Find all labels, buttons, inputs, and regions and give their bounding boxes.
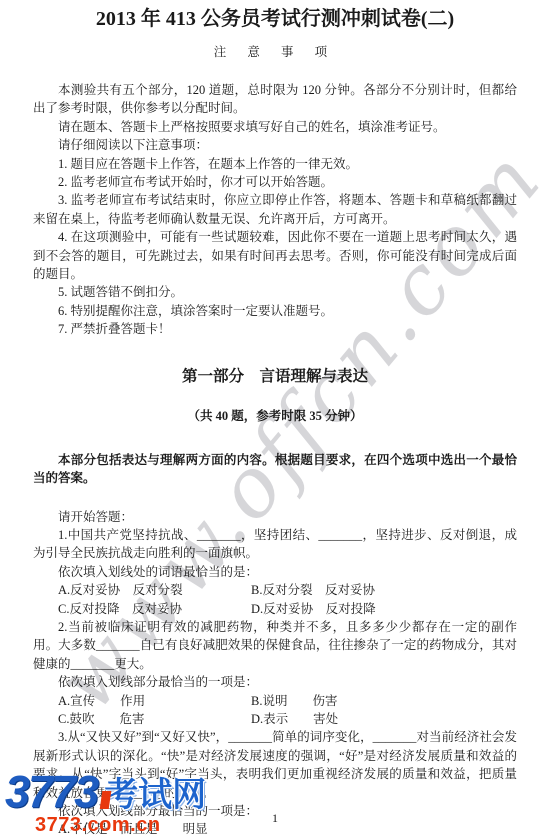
question-2-options-row: C.鼓吹 危害 D.表示 害处 bbox=[58, 710, 517, 728]
question-1-prompt: 依次填入划线处的词语最恰当的是： bbox=[33, 563, 517, 581]
page-content: 2013 年 413 公务员考试行测冲刺试卷(二) 注 意 事 项 本测验共有五… bbox=[0, 6, 550, 837]
notice-item: 请仔细阅读以下注意事项： bbox=[33, 136, 517, 154]
question-1-stem: 1.中国共产党坚持抗战、_______，坚持团结、_______，坚持进步、反对… bbox=[33, 526, 517, 563]
question-1: 1.中国共产党坚持抗战、_______，坚持团结、_______，坚持进步、反对… bbox=[33, 526, 517, 618]
notice-item: 本测验共有五个部分，120 道题，总时限为 120 分钟。各部分不分别计时，但都… bbox=[33, 81, 517, 118]
page-title: 2013 年 413 公务员考试行测冲刺试卷(二) bbox=[33, 6, 517, 32]
section-time-note: （共 40 题，参考时限 35 分钟） bbox=[33, 406, 517, 424]
section-intro: 本部分包括表达与理解两方面的内容。根据题目要求，在四个选项中选出一个最恰当的答案… bbox=[33, 451, 517, 488]
question-1-options-row: C.反对投降 反对妥协 D.反对妥协 反对投降 bbox=[58, 600, 517, 618]
option-b: B.反对分裂 反对妥协 bbox=[251, 581, 517, 599]
question-2-prompt: 依次填入划线部分最恰当的一项是： bbox=[33, 673, 517, 691]
notice-item: 1. 题目应在答题卡上作答，在题本上作答的一律无效。 bbox=[33, 155, 517, 173]
notice-item: 2. 监考老师宣布考试开始时，你才可以开始答题。 bbox=[33, 173, 517, 191]
option-c: C.鼓吹 危害 bbox=[58, 710, 251, 728]
notice-item: 4. 在这项测验中，可能有一些试题较难，因此你不要在一道题上思考时间太久，遇到不… bbox=[33, 228, 517, 283]
site-logo: 3773 考试网 3773.com.cn bbox=[5, 769, 206, 835]
notice-item: 5. 试题答错不倒扣分。 bbox=[33, 283, 517, 301]
option-d: D.表示 害处 bbox=[251, 710, 517, 728]
notice-item: 3. 监考老师宣布考试结束时，你应立即停止作答，将题本、答题卡和草稿纸都翻过来留… bbox=[33, 191, 517, 228]
notice-item: 6. 特别提醒你注意，填涂答案时一定要认准题号。 bbox=[33, 302, 517, 320]
site-logo-wordmark: 3773 考试网 bbox=[5, 769, 206, 814]
notice-item: 请在题本、答题卡上严格按照要求填写好自己的姓名，填涂准考证号。 bbox=[33, 118, 517, 136]
question-1-options-row: A.反对妥协 反对分裂 B.反对分裂 反对妥协 bbox=[58, 581, 517, 599]
option-c: C.反对投降 反对妥协 bbox=[58, 600, 251, 618]
notice-item: 7. 严禁折叠答题卡！ bbox=[33, 320, 517, 338]
option-a: A.反对妥协 反对分裂 bbox=[58, 581, 251, 599]
option-a: A.宣传 作用 bbox=[58, 692, 251, 710]
question-2-stem: 2.当前被临床证明有效的减肥药物，种类并不多，且多多少少都存在一定的副作用。大多… bbox=[33, 618, 517, 673]
question-2: 2.当前被临床证明有效的减肥药物，种类并不多，且多多少少都存在一定的副作用。大多… bbox=[33, 618, 517, 728]
option-d: D.反对妥协 反对投降 bbox=[251, 600, 517, 618]
exam-paper-page: www.offcn.com 2013 年 413 公务员考试行测冲刺试卷(二) … bbox=[0, 0, 550, 837]
logo-site-name: 考试网 bbox=[104, 778, 206, 812]
logo-site-url: 3773.com.cn bbox=[35, 815, 206, 835]
logo-number: 3773 bbox=[5, 769, 97, 814]
section-title: 第一部分 言语理解与表达 bbox=[33, 366, 517, 387]
notice-section: 本测验共有五个部分，120 道题，总时限为 120 分钟。各部分不分别计时，但都… bbox=[33, 81, 517, 339]
notice-heading: 注 意 事 项 bbox=[33, 42, 517, 60]
question-2-options-row: A.宣传 作用 B.说明 伤害 bbox=[58, 692, 517, 710]
option-b: B.说明 伤害 bbox=[251, 692, 517, 710]
begin-prompt: 请开始答题： bbox=[33, 508, 517, 526]
